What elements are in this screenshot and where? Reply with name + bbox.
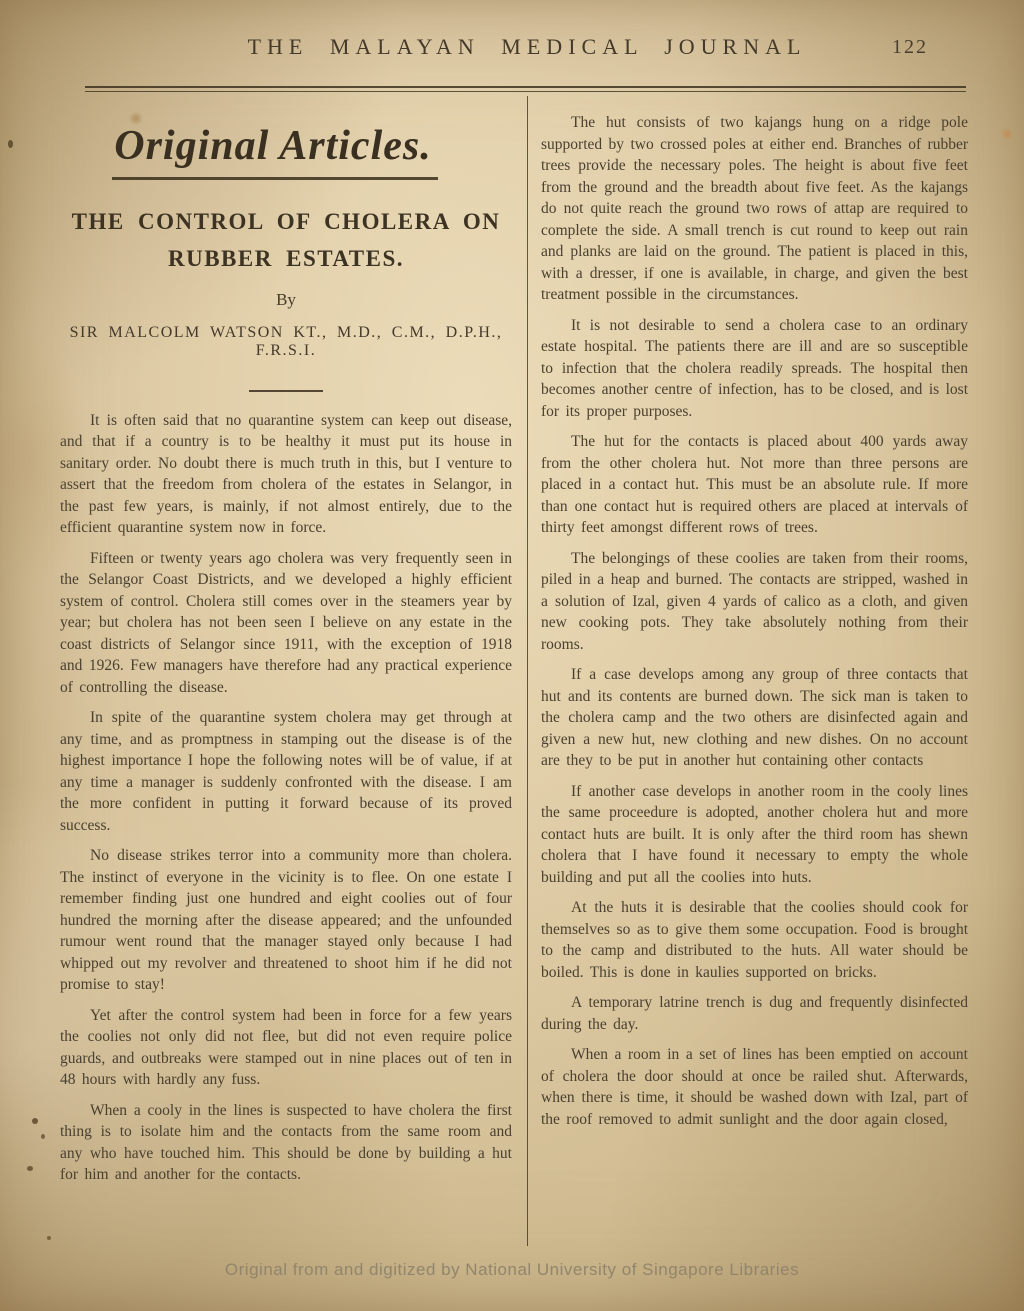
paragraph: When a cooly in the lines is suspected t…: [60, 1100, 512, 1186]
paragraph: When a room in a set of lines has been e…: [541, 1044, 968, 1130]
digitization-watermark: Original from and digitized by National …: [0, 1260, 1024, 1280]
article-title-line2: RUBBER ESTATES.: [60, 241, 512, 278]
paragraph: It is often said that no quarantine syst…: [60, 410, 512, 539]
paper-speck: [41, 1134, 45, 1139]
section-divider-rule: [249, 390, 323, 392]
paragraph: Fifteen or twenty years ago cholera was …: [60, 548, 512, 699]
left-column: Original Articles. THE CONTROL OF CHOLER…: [60, 96, 512, 1246]
author-line: SIR MALCOLM WATSON KT., M.D., C.M., D.P.…: [60, 324, 512, 360]
paragraph: If a case develops among any group of th…: [541, 664, 968, 772]
paper-speck: [47, 1236, 51, 1240]
left-column-text: It is often said that no quarantine syst…: [60, 410, 512, 1186]
paragraph: The belongings of these coolies are take…: [541, 548, 968, 656]
paragraph: If another case develops in another room…: [541, 781, 968, 889]
paper-speck: [32, 1118, 38, 1124]
column-divider-rule: [527, 96, 528, 1246]
journal-title: THE MALAYAN MEDICAL JOURNAL: [0, 34, 1024, 60]
paragraph: The hut for the contacts is placed about…: [541, 431, 968, 539]
page-number: 122: [892, 36, 928, 59]
article-title: THE CONTROL OF CHOLERA ON RUBBER ESTATES…: [60, 204, 512, 278]
right-column: The hut consists of two kajangs hung on …: [541, 96, 968, 1246]
header-double-rule: [85, 86, 966, 92]
paragraph: A temporary latrine trench is dug and fr…: [541, 992, 968, 1035]
paragraph: Yet after the control system had been in…: [60, 1005, 512, 1091]
paper-stain: [1000, 128, 1014, 140]
scanned-journal-page: THE MALAYAN MEDICAL JOURNAL 122 Original…: [0, 0, 1024, 1311]
byline-label: By: [60, 290, 512, 310]
paragraph: At the huts it is desirable that the coo…: [541, 897, 968, 983]
paragraph: It is not desirable to send a cholera ca…: [541, 315, 968, 423]
article-title-line1: THE CONTROL OF CHOLERA ON: [60, 204, 512, 241]
paragraph: No disease strikes terror into a communi…: [60, 845, 512, 996]
paper-speck: [8, 140, 13, 148]
two-column-body: Original Articles. THE CONTROL OF CHOLER…: [60, 96, 968, 1246]
paragraph: The hut consists of two kajangs hung on …: [541, 112, 968, 306]
paragraph: In spite of the quarantine system choler…: [60, 707, 512, 836]
article-heading: Original Articles. THE CONTROL OF CHOLER…: [60, 122, 512, 392]
paper-speck: [27, 1166, 33, 1171]
section-title: Original Articles.: [112, 122, 437, 180]
